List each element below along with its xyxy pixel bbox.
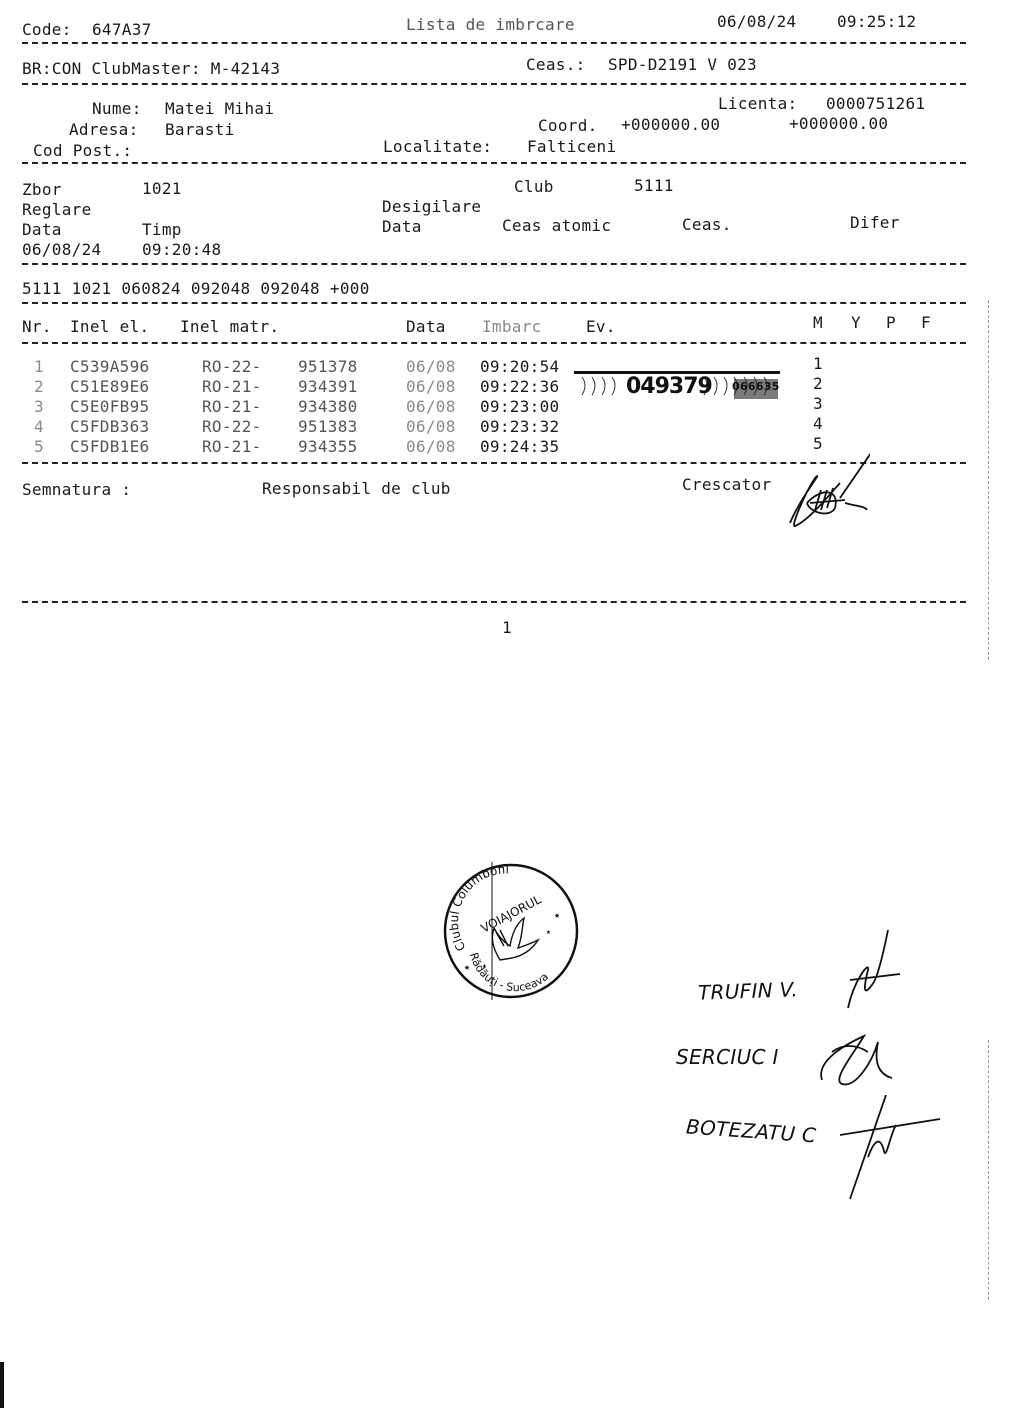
postal-label: Cod Post.:: [33, 142, 132, 160]
cell-time: 09:24:35: [480, 438, 559, 456]
time-label: Timp: [142, 221, 182, 239]
column-header: Inel matr.: [180, 318, 279, 336]
signature-label: Semnatura :: [22, 481, 131, 499]
witness-signature: [840, 1095, 950, 1205]
seal-sticker: 049379 066635: [574, 371, 780, 401]
club-stamp: Clubul Columbofil Rădăuți - Suceava VOIA…: [442, 862, 580, 1000]
date-label: Data: [22, 221, 62, 239]
name-label: Nume:: [92, 100, 142, 118]
divider: [22, 302, 966, 304]
column-header: F: [921, 314, 931, 332]
clock-label: Ceas.:: [526, 56, 586, 74]
code-value: 647A37: [92, 21, 152, 39]
cell-ring-prefix: RO-22-: [202, 358, 262, 376]
cell-m: 4: [813, 415, 823, 433]
address-value: Barasti: [165, 121, 235, 139]
flight-value: 1021: [142, 180, 182, 198]
print-date: 06/08/24: [717, 13, 796, 31]
document-title: Lista de imbrcare: [406, 16, 575, 34]
coord-lat: +000000.00: [621, 116, 720, 134]
address-label: Adresa:: [69, 121, 139, 139]
column-header: M: [813, 314, 823, 332]
svg-text:★: ★: [546, 927, 551, 936]
cell-m: 3: [813, 395, 823, 413]
breeder-label: Crescator: [682, 476, 771, 494]
cell-date: 06/08: [406, 358, 456, 376]
seal-main-number: 049379: [626, 375, 712, 399]
unseal-date-label: Data: [382, 218, 422, 236]
cell-time: 09:22:36: [480, 378, 559, 396]
column-header: Nr.: [22, 318, 52, 336]
cell-m: 2: [813, 375, 823, 393]
diff-label: Difer: [850, 214, 900, 232]
divider: [22, 342, 966, 344]
club-value: 5111: [634, 177, 674, 195]
cell-m: 1: [813, 355, 823, 373]
svg-text:★: ★: [482, 961, 487, 970]
breeder-signature: [785, 448, 870, 533]
cell-ring-prefix: RO-22-: [202, 418, 262, 436]
coord-lon: +000000.00: [789, 115, 888, 133]
cell-ring-el: C5FDB363: [70, 418, 149, 436]
divider: [22, 263, 966, 265]
coord-label: Coord.: [538, 117, 598, 135]
seal-small-number: 066635: [732, 381, 780, 393]
svg-text:★: ★: [554, 910, 560, 921]
cell-ring-prefix: RO-21-: [202, 438, 262, 456]
locality-label: Localitate:: [383, 138, 492, 156]
clock-col-label: Ceas.: [682, 216, 732, 234]
cell-ring-el: C5FDB1E6: [70, 438, 149, 456]
scan-edge-mark: [988, 1040, 989, 1300]
page-number: 1: [502, 619, 512, 637]
cell-ring-el: C51E89E6: [70, 378, 149, 396]
cell-nr: 2: [34, 378, 44, 396]
cell-ring-prefix: RO-21-: [202, 378, 262, 396]
cell-ring-num: 934355: [298, 438, 358, 456]
cell-ring-el: C539A596: [70, 358, 149, 376]
setting-label: Reglare: [22, 201, 92, 219]
flight-label: Zbor: [22, 181, 62, 199]
club-responsible-label: Responsabil de club: [262, 480, 451, 498]
cell-nr: 1: [34, 358, 44, 376]
stamp-club-name: VOIAJORUL: [479, 892, 544, 935]
code-label: Code:: [22, 21, 72, 39]
cell-nr: 5: [34, 438, 44, 456]
cell-ring-num: 934391: [298, 378, 358, 396]
svg-text:★: ★: [464, 962, 470, 973]
column-header: Data: [406, 318, 446, 336]
column-header: Inel el.: [70, 318, 149, 336]
cell-date: 06/08: [406, 378, 456, 396]
locality-value: Falticeni: [527, 138, 616, 156]
unsealing-label: Desigilare: [382, 198, 481, 216]
divider: [22, 83, 966, 85]
scan-edge-mark: [0, 1362, 4, 1408]
cell-time: 09:23:32: [480, 418, 559, 436]
witness-name: SERCIUC I: [676, 1048, 779, 1066]
cell-date: 06/08: [406, 438, 456, 456]
license-value: 0000751261: [826, 95, 925, 113]
cell-ring-num: 951378: [298, 358, 358, 376]
column-header: Imbarc: [482, 318, 542, 336]
cell-time: 09:20:54: [480, 358, 559, 376]
system-id: BR:CON ClubMaster: M-42143: [22, 60, 280, 78]
column-header: Y: [851, 314, 861, 332]
print-time: 09:25:12: [837, 13, 916, 31]
cell-ring-num: 951383: [298, 418, 358, 436]
divider: [22, 601, 966, 603]
clock-value: SPD-D2191 V 023: [608, 56, 757, 74]
scan-edge-mark: [988, 300, 989, 660]
witness-name: BOTEZATU C: [686, 1117, 817, 1144]
code-line: 5111 1021 060824 092048 092048 +000: [22, 280, 370, 298]
license-label: Licenta:: [718, 95, 797, 113]
column-header: Ev.: [586, 318, 616, 336]
divider: [22, 162, 966, 164]
column-header: P: [886, 314, 896, 332]
cell-date: 06/08: [406, 418, 456, 436]
name-value: Matei Mihai: [165, 100, 274, 118]
cell-ring-prefix: RO-21-: [202, 398, 262, 416]
cell-nr: 3: [34, 398, 44, 416]
club-label: Club: [514, 178, 554, 196]
cell-nr: 4: [34, 418, 44, 436]
setting-time: 09:20:48: [142, 241, 221, 259]
cell-time: 09:23:00: [480, 398, 559, 416]
witness-name: TRUFIN V.: [698, 980, 798, 1001]
cell-ring-num: 934380: [298, 398, 358, 416]
atomic-clock-label: Ceas atomic: [502, 217, 611, 235]
divider: [22, 42, 966, 44]
setting-date: 06/08/24: [22, 241, 101, 259]
cell-ring-el: C5E0FB95: [70, 398, 149, 416]
cell-date: 06/08: [406, 398, 456, 416]
